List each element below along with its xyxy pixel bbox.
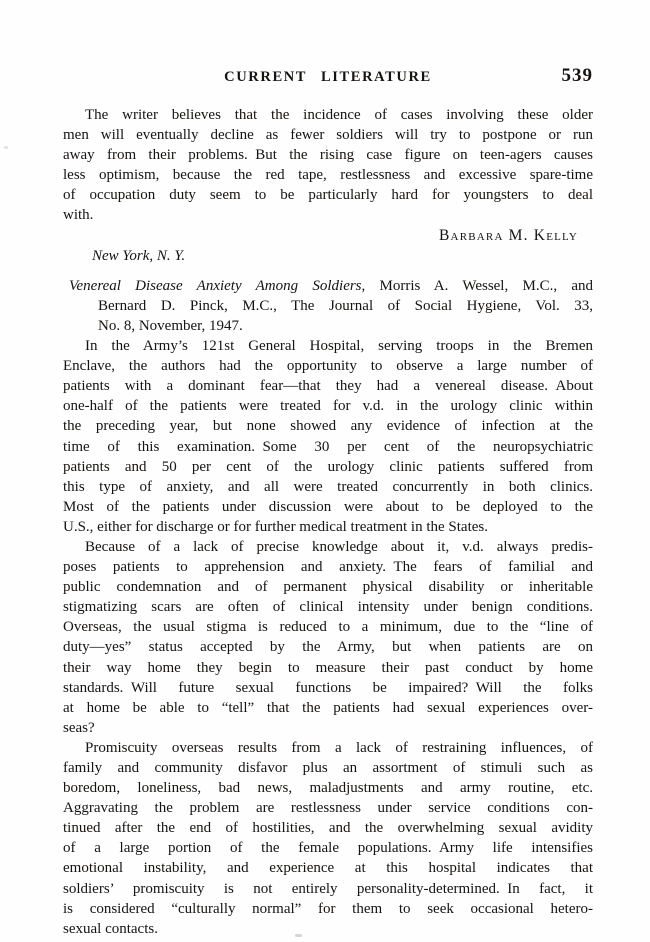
reviewer-signature: Barbara M. Kelly: [63, 226, 593, 246]
text-line: patients and 50 per cent of the urology …: [63, 457, 593, 477]
text-line: patients with a dominant fear—that they …: [63, 376, 593, 396]
text-line: of occupation duty seem to be particular…: [63, 185, 593, 205]
text-line: In the Army’s 121st General Hospital, se…: [63, 336, 593, 356]
text-line: stigmatizing scars are often of clinical…: [63, 597, 593, 617]
text-line: tinued after the end of hostilities, and…: [63, 818, 593, 838]
running-header: CURRENT LITERATURE 539: [63, 69, 593, 89]
text-line: emotional instability, and experience at…: [63, 858, 593, 878]
scan-artifact: [4, 146, 8, 149]
text-line: time of this examination. Some 30 per ce…: [63, 437, 593, 457]
text-line: with.: [63, 205, 593, 225]
citation-line: No. 8, November, 1947.: [63, 316, 593, 336]
text-line: boredom, loneliness, bad news, maladjust…: [63, 778, 593, 798]
text-line: the preceding year, but none showed any …: [63, 416, 593, 436]
review-kelly-closing: The writer believes that the incidence o…: [63, 105, 593, 266]
reviewer-location: New York, N. Y.: [63, 246, 593, 266]
text-line: The writer believes that the incidence o…: [63, 105, 593, 125]
paragraph: Promiscuity overseas results from a lack…: [63, 738, 593, 939]
journal-page: CURRENT LITERATURE 539 The writer believ…: [0, 0, 650, 942]
text-line: public condemnation and of permanent phy…: [63, 577, 593, 597]
text-line: seas?: [63, 718, 593, 738]
page-body: The writer believes that the incidence o…: [63, 105, 593, 939]
text-line: U.S., either for discharge or for furthe…: [63, 517, 593, 537]
paragraph: Because of a lack of precise knowledge a…: [63, 537, 593, 738]
text-line: Promiscuity overseas results from a lack…: [63, 738, 593, 758]
text-line: away from their problems. But the rising…: [63, 145, 593, 165]
text-line: Most of the patients under discussion we…: [63, 497, 593, 517]
citation-line: Venereal Disease Anxiety Among Soldiers,…: [63, 276, 593, 296]
page-number: 539: [562, 65, 594, 87]
citation-title: Venereal Disease Anxiety Among Soldiers: [69, 278, 362, 294]
text-line: family and community disfavor plus an as…: [63, 758, 593, 778]
text-line: Because of a lack of precise knowledge a…: [63, 537, 593, 557]
scan-artifact: [295, 934, 302, 937]
text-line: poses patients to apprehension and anxie…: [63, 557, 593, 577]
text-line: soldiers’ promiscuity is not entirely pe…: [63, 879, 593, 899]
citation-line: Bernard D. Pinck, M.C., The Journal of S…: [63, 296, 593, 316]
text-line: sexual contacts.: [63, 919, 593, 939]
text-line: of a large portion of the female populat…: [63, 838, 593, 858]
text-line: Aggravating the problem are restlessness…: [63, 798, 593, 818]
text-line: less optimism, because the red tape, res…: [63, 165, 593, 185]
text-line: men will eventually decline as fewer sol…: [63, 125, 593, 145]
text-line: duty—yes” status accepted by the Army, b…: [63, 637, 593, 657]
paragraph: In the Army’s 121st General Hospital, se…: [63, 336, 593, 537]
text-line: Overseas, the usual stigma is reduced to…: [63, 617, 593, 637]
text-line: one-half of the patients were treated fo…: [63, 396, 593, 416]
review-wessel: Venereal Disease Anxiety Among Soldiers,…: [63, 276, 593, 939]
text-line: at home be able to “tell” that the patie…: [63, 698, 593, 718]
text-line: Enclave, the authors had the opportunity…: [63, 356, 593, 376]
text-line: their way home they begin to measure the…: [63, 658, 593, 678]
text-line: is considered “culturally normal” for th…: [63, 899, 593, 919]
text-line: standards. Will future sexual functions …: [63, 678, 593, 698]
paragraph: The writer believes that the incidence o…: [63, 105, 593, 226]
citation-authors: , Morris A. Wessel, M.C., and: [362, 278, 593, 294]
text-line: this type of anxiety, and all were treat…: [63, 477, 593, 497]
article-citation: Venereal Disease Anxiety Among Soldiers,…: [63, 276, 593, 336]
section-title: CURRENT LITERATURE: [63, 69, 593, 86]
